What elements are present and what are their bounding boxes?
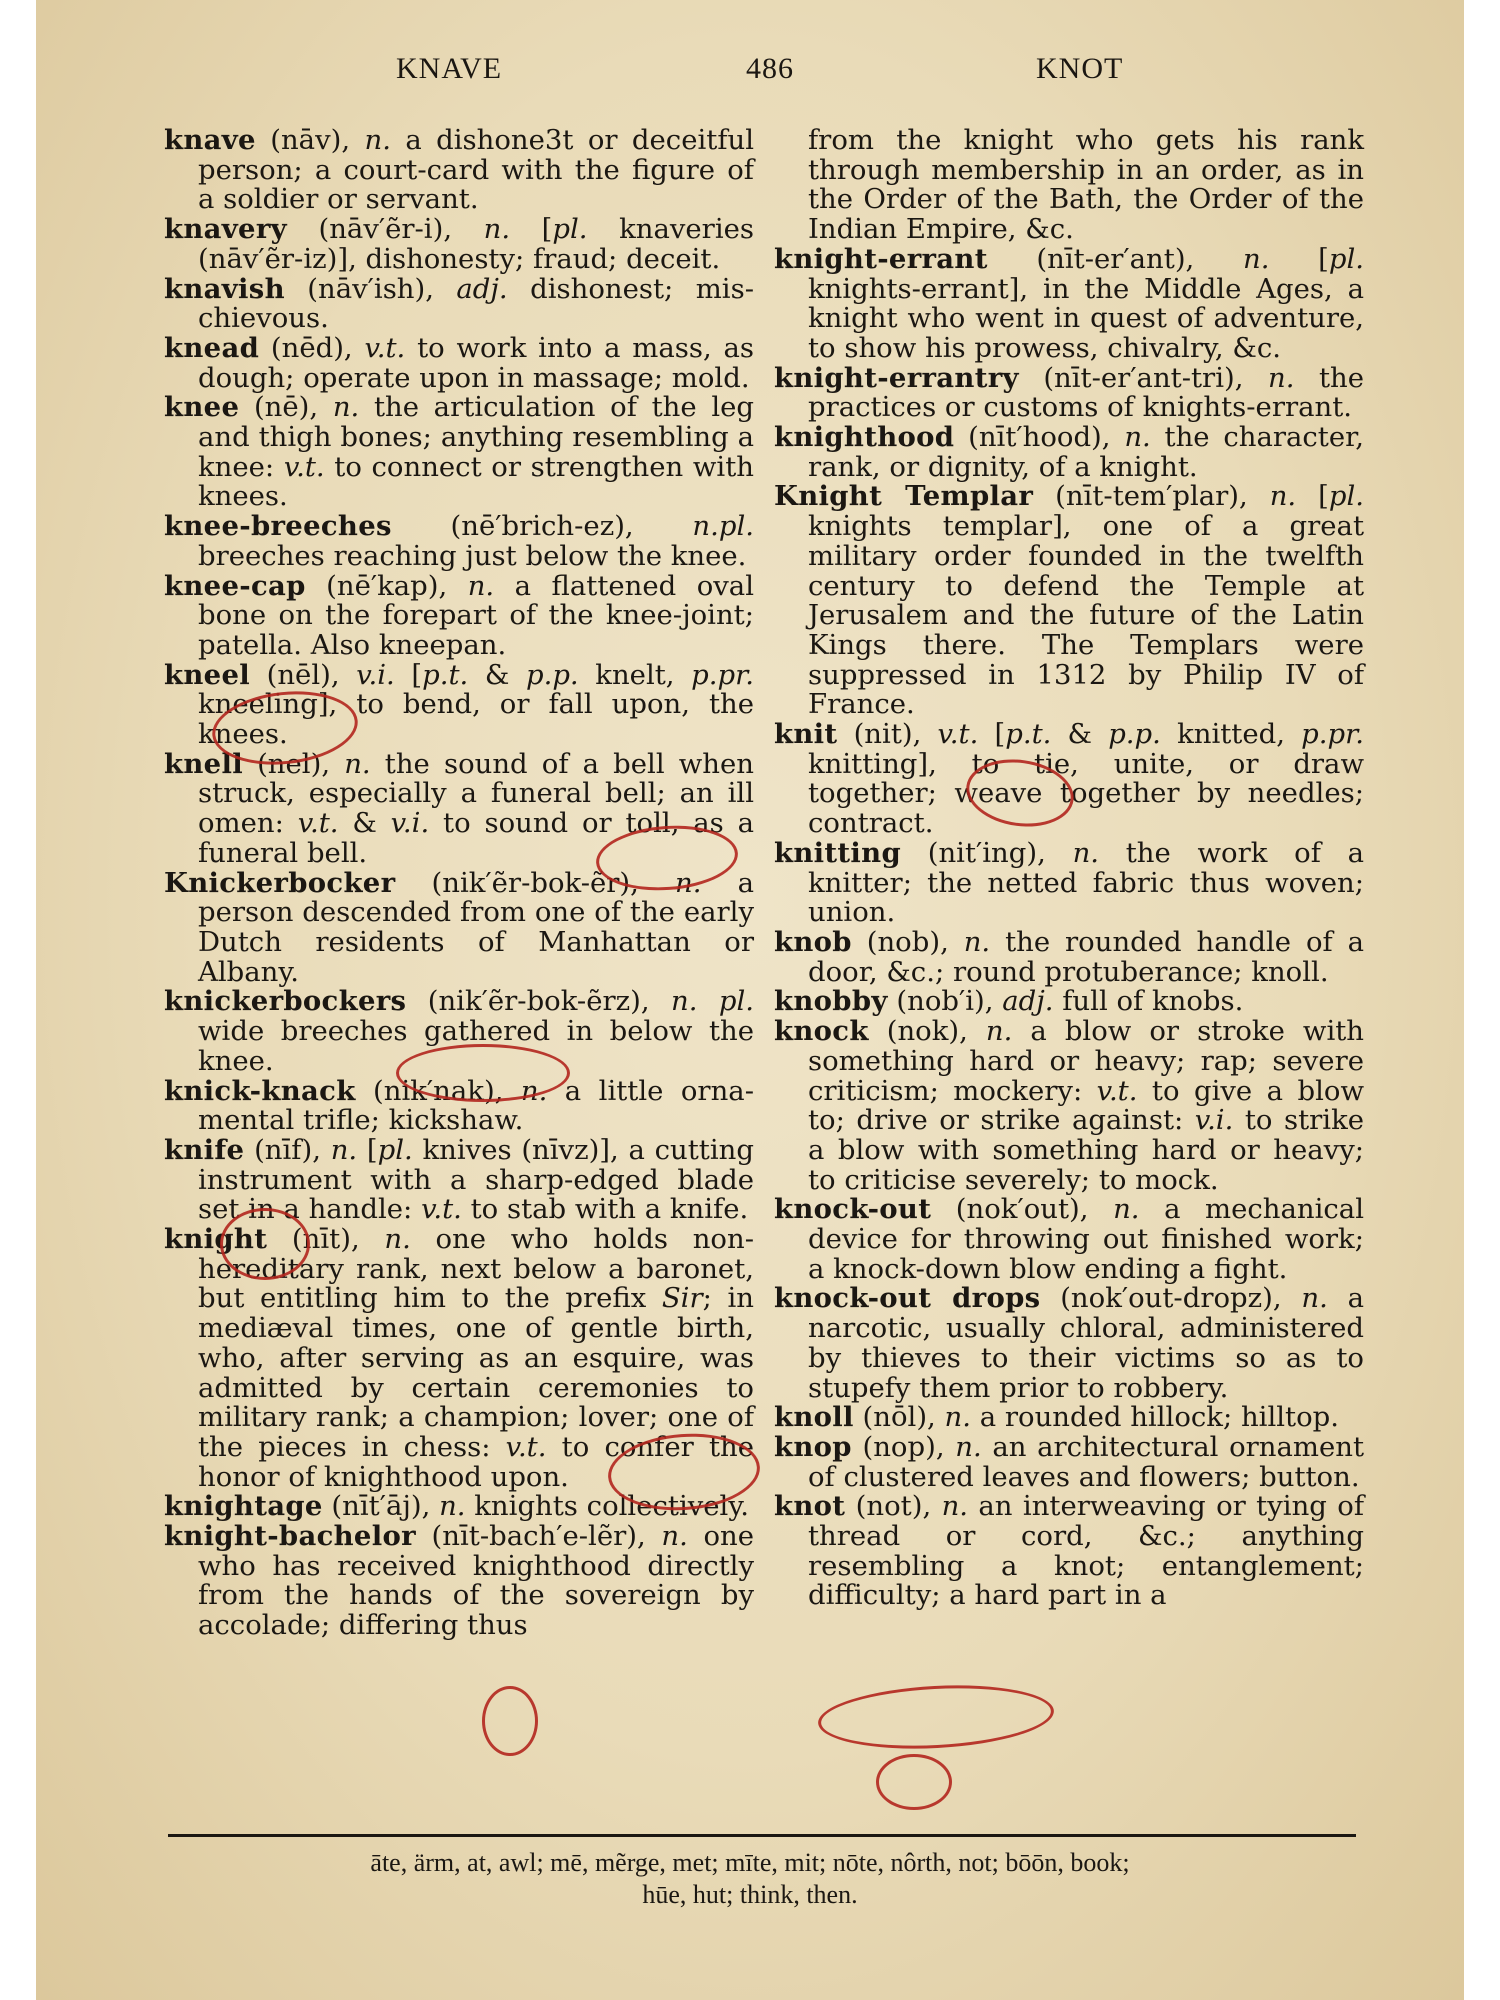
headword: Knight Templar	[774, 480, 1033, 512]
headword: kneel	[164, 659, 250, 691]
dictionary-entry: knitting (nit′ing), n. the work of a kni…	[774, 839, 1364, 928]
definition: (nīt), n. one who holds non-hereditary r…	[198, 1223, 754, 1493]
dictionary-entry: knock-out (nok′out), n. a mechanical dev…	[774, 1195, 1364, 1284]
headword: knee-cap	[164, 570, 306, 602]
headword: knit	[774, 718, 837, 750]
headword: knight-bachelor	[164, 1520, 416, 1552]
dictionary-entry: knoll (nōl), n. a rounded hillock; hillt…	[774, 1403, 1364, 1433]
headword: knick-knack	[164, 1075, 356, 1107]
headword: knife	[164, 1134, 244, 1166]
dictionary-entry: knick-knack (nik′nak), n. a little orna­…	[164, 1077, 754, 1136]
headword: knob	[774, 926, 852, 958]
dictionary-entry: knavish (nāv′ish), adj. dishonest; mis­c…	[164, 275, 754, 334]
definition: (nēl), v.i. [p.t. & p.p. knelt, p.pr. kn…	[198, 659, 754, 750]
headword: Knickerbocker	[164, 867, 395, 899]
pronunciation-key-line-2: hūe, hut; think, then.	[36, 1879, 1464, 1911]
right-column: from the knight who gets his rank throug…	[774, 126, 1364, 1611]
dictionary-entry: knee-breeches (nē′brich-ez), n.pl. breec…	[164, 512, 754, 571]
dictionary-entry: Knickerbocker (nik′ẽr-bok-ẽr), n. a pers…	[164, 869, 754, 988]
headword: knight-errantry	[774, 362, 1019, 394]
annotation-circle-knot	[876, 1754, 952, 1810]
definition: (nop), n. an architectural or­nament of …	[808, 1431, 1364, 1493]
headword: knavery	[164, 213, 287, 245]
headword: knickerbockers	[164, 985, 406, 1017]
pronunciation-key-line-1: āte, ärm, at, awl; mē, mẽrge, met; mīte,…	[36, 1847, 1464, 1879]
headword: knighthood	[774, 421, 954, 453]
dictionary-entry: knee (nē), n. the articulation of the le…	[164, 393, 754, 512]
page-number: 486	[746, 52, 794, 86]
dictionary-entry: knavery (nāv′ẽr-i), n. [pl. knaveries (n…	[164, 215, 754, 274]
annotation-circle-the	[482, 1686, 538, 1756]
dictionary-entry: knight (nīt), n. one who holds non-hered…	[164, 1225, 754, 1492]
dictionary-entry: knighthood (nīt′hood), n. the charac­ter…	[774, 423, 1364, 482]
dictionary-entry: knot (not), n. an interweaving or tying …	[774, 1492, 1364, 1611]
headword: knave	[164, 124, 256, 156]
definition: (not), n. an interweaving or tying of th…	[808, 1490, 1364, 1611]
definition: from the knight who gets his rank throug…	[808, 124, 1364, 245]
headword: knock-out	[774, 1193, 931, 1225]
dictionary-page: KNAVE 486 KNOT knave (nāv), n. a dishone…	[36, 0, 1464, 2000]
left-column: knave (nāv), n. a dishone3t or de­ceitfu…	[164, 126, 754, 1641]
headword: knock-out drops	[774, 1282, 1040, 1314]
headword: knavish	[164, 273, 285, 305]
definition: (nob), n. the rounded handle of a door, …	[808, 926, 1364, 988]
definition: (nīt-tem′plar), n. [pl. knights templar]…	[808, 480, 1364, 720]
footer-rule	[168, 1834, 1356, 1837]
dictionary-entry: Knight Templar (nīt-tem′plar), n. [pl. k…	[774, 482, 1364, 720]
dictionary-entry: knock-out drops (nok′out-dropz), n. a na…	[774, 1284, 1364, 1403]
dictionary-entry: knead (nēd), v.t. to work into a mass, a…	[164, 334, 754, 393]
running-head: KNAVE 486 KNOT	[36, 52, 1464, 92]
headword: knobby	[774, 985, 888, 1017]
dictionary-entry: knock (nok), n. a blow or stroke with so…	[774, 1017, 1364, 1195]
headword: knop	[774, 1431, 852, 1463]
definition: (nīf), n. [pl. knives (nīvz)], a cutting…	[198, 1134, 754, 1225]
pronunciation-key: āte, ärm, at, awl; mē, mẽrge, met; mīte,…	[36, 1847, 1464, 1911]
dictionary-entry: knightage (nīt′āj), n. knights collec­ti…	[164, 1492, 754, 1522]
headword: knight-errant	[774, 243, 988, 275]
headword: knight	[164, 1223, 267, 1255]
headword: knead	[164, 332, 259, 364]
dictionary-entry: knobby (nob′i), adj. full of knobs.	[774, 987, 1364, 1017]
definition: (nok), n. a blow or stroke with somethin…	[808, 1015, 1364, 1196]
annotation-circle-interweaving	[817, 1680, 1056, 1754]
headword: knightage	[164, 1490, 323, 1522]
definition: (nel), n. the sound of a bell when struc…	[198, 748, 754, 869]
dictionary-entry: knickerbockers (nik′ẽr-bok-ẽrz), n. pl. …	[164, 987, 754, 1076]
dictionary-entry: knit (nit), v.t. [p.t. & p.p. knitted, p…	[774, 720, 1364, 839]
headword: knitting	[774, 837, 901, 869]
headword: knell	[164, 748, 243, 780]
definition: (nit), v.t. [p.t. & p.p. knitted, p.pr. …	[808, 718, 1364, 839]
dictionary-entry: from the knight who gets his rank throug…	[774, 126, 1364, 245]
dictionary-entry: knight-bachelor (nīt-bach′e-lẽr), n. one…	[164, 1522, 754, 1641]
guide-word-right: KNOT	[1036, 52, 1123, 86]
definition: (nāv), n. a dishone3t or de­ceitful pers…	[198, 124, 754, 215]
dictionary-entry: knob (nob), n. the rounded handle of a d…	[774, 928, 1364, 987]
headword: knee-breeches	[164, 510, 392, 542]
dictionary-entry: knop (nop), n. an architectural or­namen…	[774, 1433, 1364, 1492]
headword: knee	[164, 391, 239, 423]
definition: (nob′i), adj. full of knobs.	[888, 985, 1244, 1017]
dictionary-entry: knell (nel), n. the sound of a bell when…	[164, 750, 754, 869]
definition: (nēd), v.t. to work into a mass, as doug…	[198, 332, 754, 394]
headword: knoll	[774, 1401, 854, 1433]
dictionary-entry: knee-cap (nē′kap), n. a flattened oval b…	[164, 572, 754, 661]
definition: (nē), n. the articulation of the leg and…	[198, 391, 754, 512]
headword: knot	[774, 1490, 845, 1522]
dictionary-entry: knave (nāv), n. a dishone3t or de­ceitfu…	[164, 126, 754, 215]
guide-word-left: KNAVE	[396, 52, 502, 86]
definition: (nīt′āj), n. knights collec­tively.	[323, 1490, 749, 1522]
dictionary-entry: knight-errantry (nīt-er′ant-tri), n. the…	[774, 364, 1364, 423]
headword: knock	[774, 1015, 869, 1047]
definition: (nōl), n. a rounded hillock; hilltop.	[854, 1401, 1339, 1433]
dictionary-entry: kneel (nēl), v.i. [p.t. & p.p. knelt, p.…	[164, 661, 754, 750]
dictionary-entry: knight-errant (nīt-er′ant), n. [pl. knig…	[774, 245, 1364, 364]
dictionary-entry: knife (nīf), n. [pl. knives (nīvz)], a c…	[164, 1136, 754, 1225]
